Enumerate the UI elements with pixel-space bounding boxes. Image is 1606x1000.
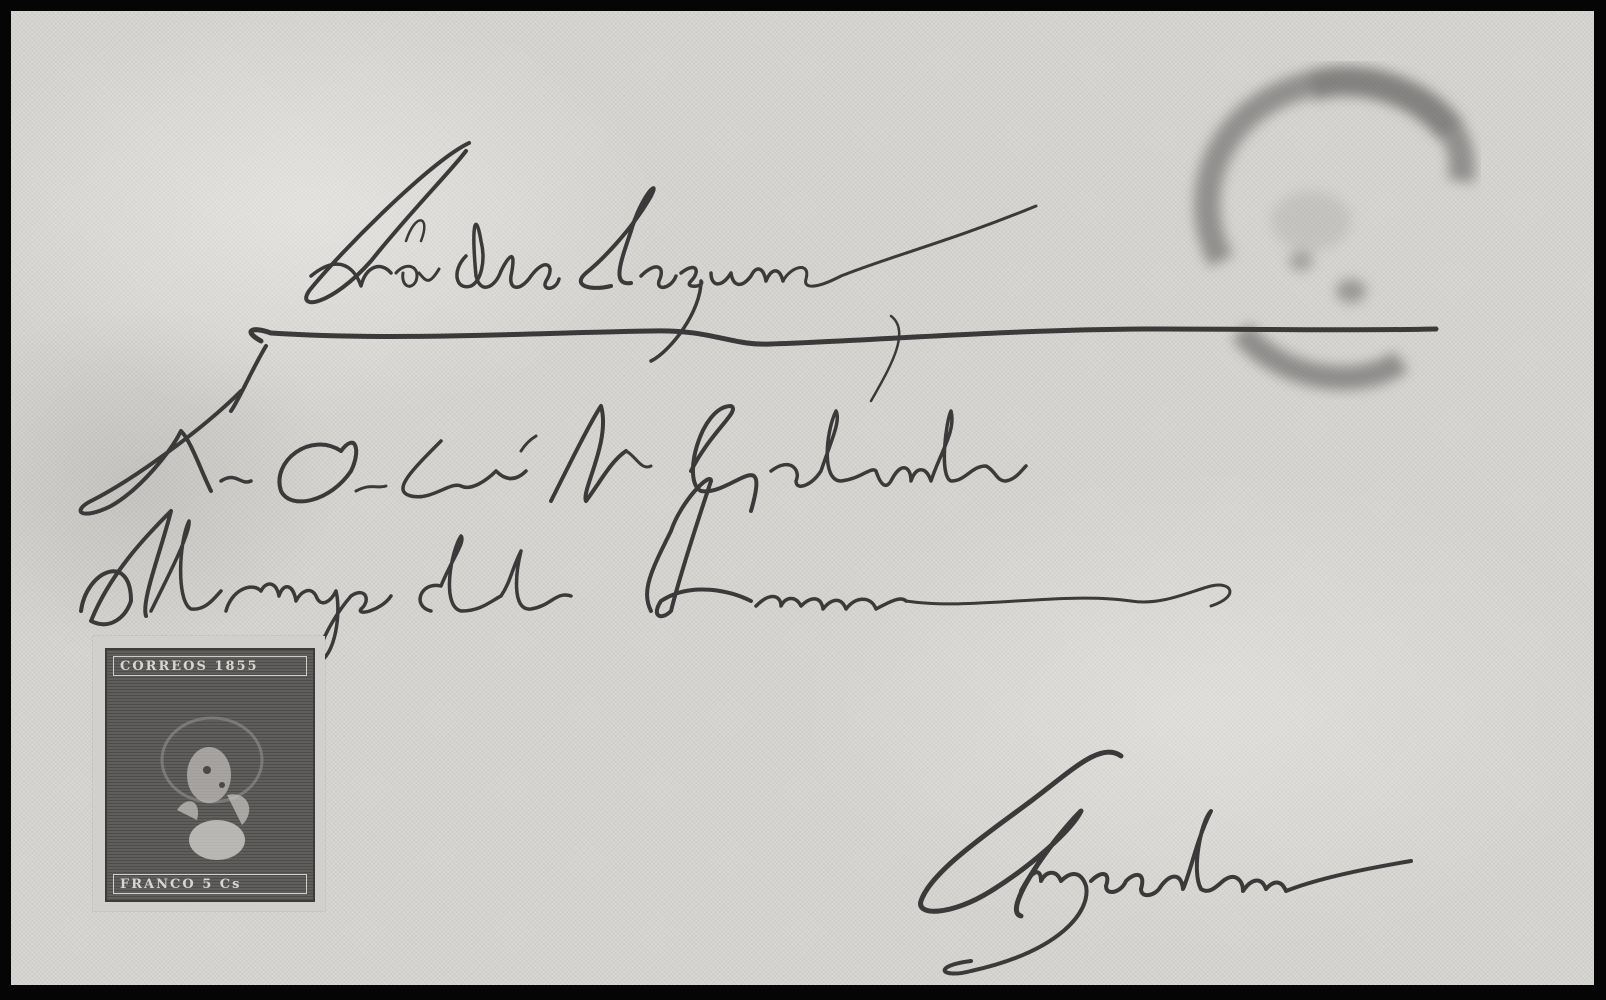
queen-portrait-icon — [147, 700, 277, 860]
postage-stamp: CORREOS 1855 FRANCO 5 Cs — [93, 636, 325, 911]
photo-frame: Prov.ª de la Laguna Sr. D. José M.ª Gald… — [11, 11, 1594, 987]
stamp-top-label: CORREOS 1855 — [113, 656, 307, 676]
stamp-bottom-label: FRANCO 5 Cs — [113, 874, 307, 894]
envelope-cover: Prov.ª de la Laguna Sr. D. José M.ª Gald… — [11, 11, 1594, 985]
stamp-design: CORREOS 1855 FRANCO 5 Cs — [105, 648, 315, 902]
